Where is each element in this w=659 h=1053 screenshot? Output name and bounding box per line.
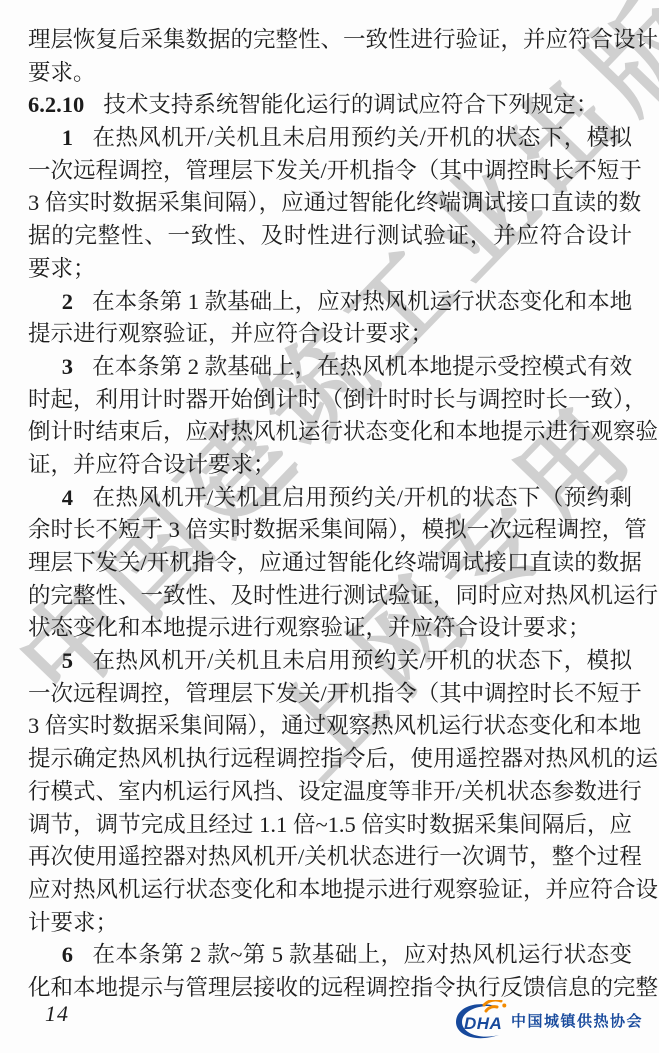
line-text: 时起，利用计时器开始倒计时（倒计时时长与调控时长一致）， xyxy=(28,387,647,412)
logo-acronym: DHA xyxy=(464,1014,502,1033)
text-line: 4在热风机开/关机且启用预约关/开机的状态下（预约剩 xyxy=(28,482,632,515)
line-text: 应对热风机运行状态变化和本地提示进行观察验证，并应符合设 xyxy=(28,877,658,902)
text-line: 3 倍实时数据采集间隔），应通过智能化终端调试接口直读的数 xyxy=(28,187,632,220)
line-text: 余时长不短于 3 倍实时数据采集间隔），模拟一次远程调控，管 xyxy=(28,517,647,542)
text-line: 应对热风机运行状态变化和本地提示进行观察验证，并应符合设 xyxy=(28,874,632,907)
line-text: 一次远程调控，管理层下发关/开机指令（其中调控时长不短于 xyxy=(28,681,642,706)
line-text: 计要求； xyxy=(28,910,118,935)
line-text: 3 倍实时数据采集间隔），通过观察热风机运行状态变化和本地 xyxy=(28,713,641,738)
text-line: 调节，调节完成且经过 1.1 倍~1.5 倍实时数据采集间隔后，应 xyxy=(28,809,632,842)
text-line: 2在本条第 1 款基础上，应对热风机运行状态变化和本地 xyxy=(28,286,632,319)
page-number: 14 xyxy=(45,1001,69,1027)
text-line: 3 倍实时数据采集间隔），通过观察热风机运行状态变化和本地 xyxy=(28,710,632,743)
line-text: 要求； xyxy=(28,256,96,281)
clause-number: 4 xyxy=(62,485,73,510)
line-text: 提示确定热风机执行远程调控指令后，使用遥控器对热风机的运 xyxy=(28,746,658,771)
clause-number: 6.2.10 xyxy=(28,92,84,117)
line-text: 调节，调节完成且经过 1.1 倍~1.5 倍实时数据采集间隔后，应 xyxy=(28,812,632,837)
line-text: 在本条第 2 款基础上，在热风机本地提示受控模式有效 xyxy=(92,354,632,379)
cdha-logo-icon: DHA xyxy=(451,1000,507,1040)
clause-number: 1 xyxy=(62,125,73,150)
clause-number: 6 xyxy=(62,942,73,967)
association-logo: DHA 中国城镇供热协会 xyxy=(451,1000,643,1040)
text-line: 行模式、室内机运行风挡、设定温度等非开/关机状态参数进行 xyxy=(28,776,632,809)
text-line: 一次远程调控，管理层下发关/开机指令（其中调控时长不短于 xyxy=(28,155,632,188)
text-line: 据的完整性、一致性、及时性进行测试验证，并应符合设计 xyxy=(28,220,632,253)
text-line: 的完整性、一致性、及时性进行测试验证，同时应对热风机运行 xyxy=(28,580,632,613)
line-text: 的完整性、一致性、及时性进行测试验证，同时应对热风机运行 xyxy=(28,583,658,608)
line-text: 技术支持系统智能化运行的调试应符合下列规定： xyxy=(103,92,598,117)
text-line: 5在热风机开/关机且未启用预约关/开机的状态下，模拟 xyxy=(28,645,632,678)
line-text: 一次远程调控，管理层下发关/开机指令（其中调控时长不短于 xyxy=(28,158,642,183)
text-line: 要求； xyxy=(28,253,632,286)
text-line: 提示确定热风机执行远程调控指令后，使用遥控器对热风机的运 xyxy=(28,743,632,776)
line-text: 化和本地提示与管理层接收的远程调控指令执行反馈信息的完整 xyxy=(28,975,658,1000)
text-line: 状态变化和本地提示进行观察验证，并应符合设计要求； xyxy=(28,612,632,645)
text-line: 理层恢复后采集数据的完整性、一致性进行验证，并应符合设计 xyxy=(28,24,632,57)
text-line: 提示进行观察验证，并应符合设计要求； xyxy=(28,318,632,351)
document-page: 中国建筑工业出版社 上网专用 理层恢复后采集数据的完整性、一致性进行验证，并应符… xyxy=(0,0,659,1053)
line-text: 在热风机开/关机且未启用预约关/开机的状态下，模拟 xyxy=(92,648,632,673)
text-line: 证，并应符合设计要求； xyxy=(28,449,632,482)
text-line: 时起，利用计时器开始倒计时（倒计时时长与调控时长一致）， xyxy=(28,384,632,417)
line-text: 倒计时结束后，应对热风机运行状态变化和本地提示进行观察验 xyxy=(28,419,658,444)
line-text: 要求。 xyxy=(28,60,96,85)
text-line: 要求。 xyxy=(28,57,632,90)
line-text: 状态变化和本地提示进行观察验证，并应符合设计要求； xyxy=(28,615,591,640)
text-line: 倒计时结束后，应对热风机运行状态变化和本地提示进行观察验 xyxy=(28,416,632,449)
clause-number: 2 xyxy=(62,289,73,314)
line-text: 在本条第 2 款~第 5 款基础上，应对热风机运行状态变 xyxy=(92,942,632,967)
line-text: 行模式、室内机运行风挡、设定温度等非开/关机状态参数进行 xyxy=(28,779,642,804)
line-text: 证，并应符合设计要求； xyxy=(28,452,276,477)
line-text: 据的完整性、一致性、及时性进行测试验证，并应符合设计 xyxy=(28,223,632,248)
text-line: 3在本条第 2 款基础上，在热风机本地提示受控模式有效 xyxy=(28,351,632,384)
body-text: 理层恢复后采集数据的完整性、一致性进行验证，并应符合设计要求。6.2.10技术支… xyxy=(28,24,632,1005)
logo-association-name: 中国城镇供热协会 xyxy=(511,1010,643,1031)
line-text: 在热风机开/关机且未启用预约关/开机的状态下，模拟 xyxy=(92,125,632,150)
line-text: 在热风机开/关机且启用预约关/开机的状态下（预约剩 xyxy=(92,485,632,510)
line-text: 理层恢复后采集数据的完整性、一致性进行验证，并应符合设计 xyxy=(28,27,658,52)
text-line: 计要求； xyxy=(28,907,632,940)
line-text: 在本条第 1 款基础上，应对热风机运行状态变化和本地 xyxy=(92,289,632,314)
line-text: 提示进行观察验证，并应符合设计要求； xyxy=(28,321,433,346)
text-line: 6在本条第 2 款~第 5 款基础上，应对热风机运行状态变 xyxy=(28,939,632,972)
text-line: 再次使用遥控器对热风机开/关机状态进行一次调节，整个过程 xyxy=(28,841,632,874)
text-line: 余时长不短于 3 倍实时数据采集间隔），模拟一次远程调控，管 xyxy=(28,514,632,547)
text-line: 1在热风机开/关机且未启用预约关/开机的状态下，模拟 xyxy=(28,122,632,155)
line-text: 再次使用遥控器对热风机开/关机状态进行一次调节，整个过程 xyxy=(28,844,642,869)
clause-number: 3 xyxy=(62,354,73,379)
line-text: 理层下发关/开机指令，应通过智能化终端调试接口直读的数据 xyxy=(28,550,642,575)
text-line: 6.2.10技术支持系统智能化运行的调试应符合下列规定： xyxy=(28,89,632,122)
line-text: 3 倍实时数据采集间隔），应通过智能化终端调试接口直读的数 xyxy=(28,190,641,215)
text-line: 一次远程调控，管理层下发关/开机指令（其中调控时长不短于 xyxy=(28,678,632,711)
clause-number: 5 xyxy=(62,648,73,673)
text-line: 理层下发关/开机指令，应通过智能化终端调试接口直读的数据 xyxy=(28,547,632,580)
